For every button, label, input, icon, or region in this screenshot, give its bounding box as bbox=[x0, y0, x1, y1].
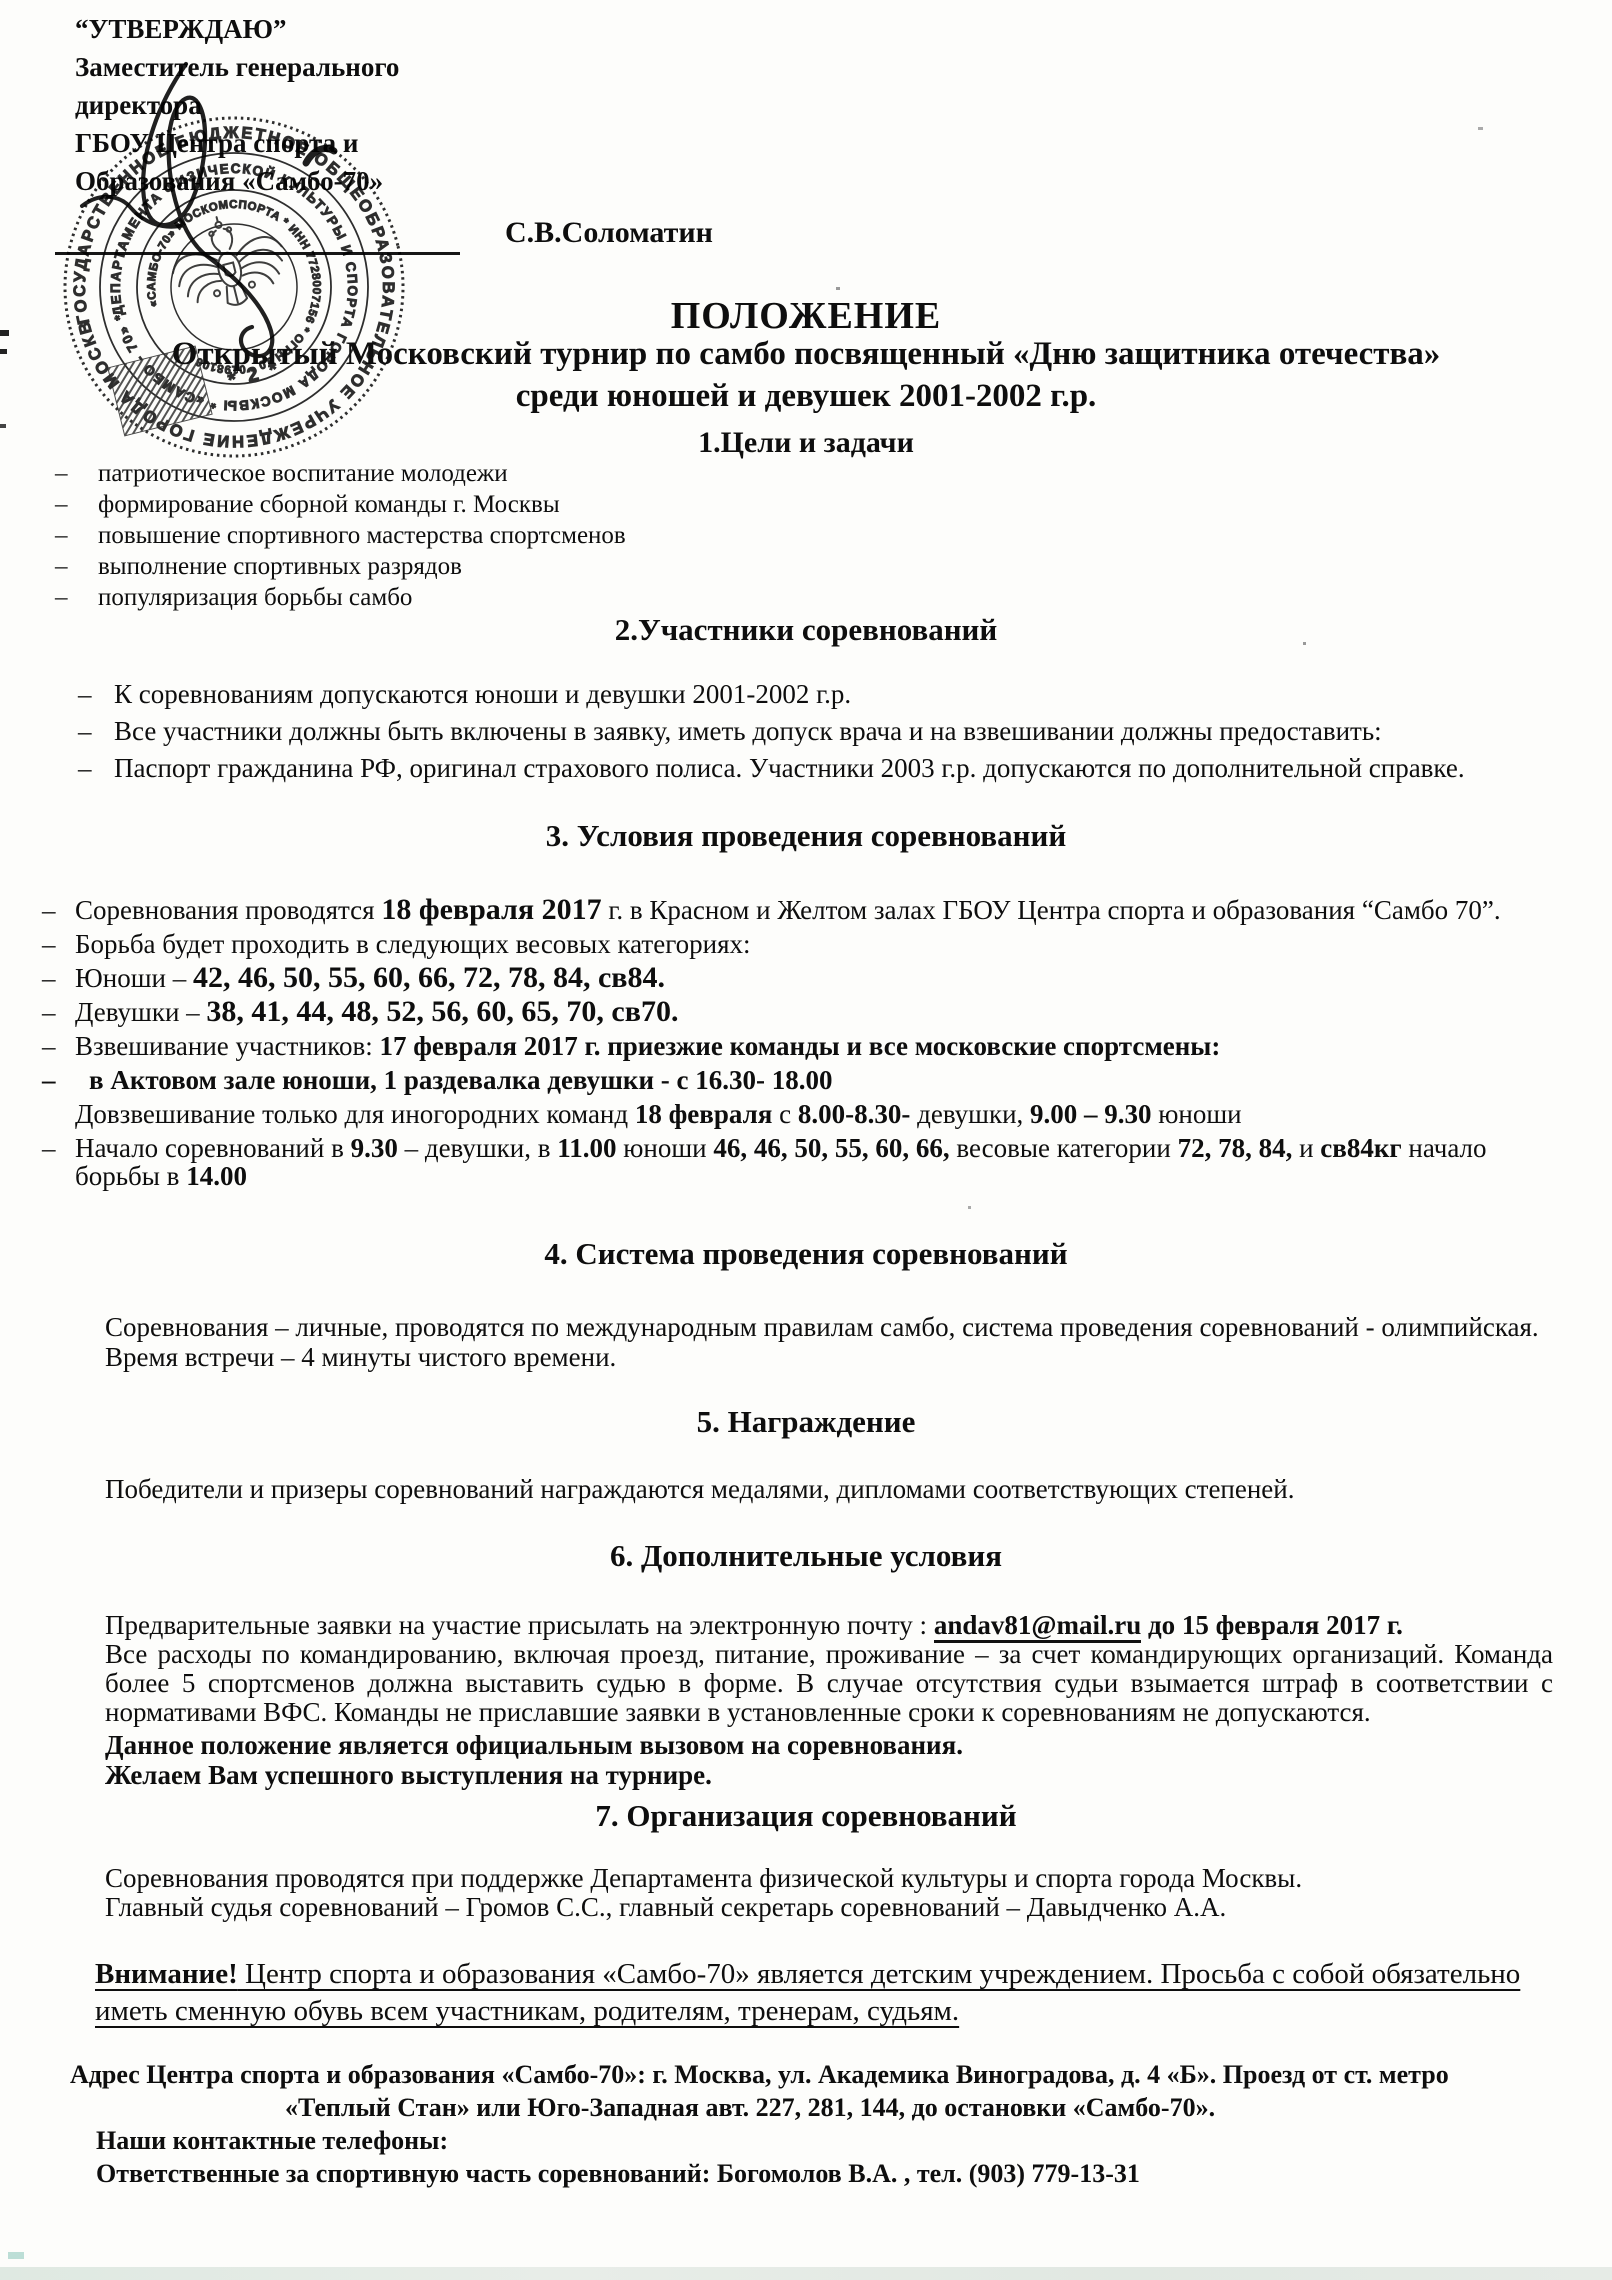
text-run: Паспорт гражданина РФ, оригинал страхово… bbox=[114, 753, 1465, 783]
text-run: Предварительные заявки на участие присыл… bbox=[105, 1610, 934, 1640]
scan-speck bbox=[8, 2252, 24, 2259]
text-run: 9.30 bbox=[351, 1133, 398, 1163]
goals-list: патриотическое воспитание молодежи форми… bbox=[55, 458, 1505, 613]
text-run: 72, 78, 84, bbox=[1178, 1133, 1293, 1163]
text-run: Соревнования проводятся при поддержке Де… bbox=[105, 1864, 1550, 1893]
text-run: девушки, bbox=[910, 1099, 1030, 1129]
participants-list: К соревнованиям допускаются юноши и деву… bbox=[78, 681, 1553, 792]
wish-line: Желаем Вам успешного выступления на турн… bbox=[105, 1760, 1553, 1790]
condition-item-weigh-in: Взвешивание участников: 17 февраля 2017 … bbox=[42, 1032, 1552, 1060]
text-run: в Актовом зале юноши, 1 раздевалка девуш… bbox=[89, 1065, 832, 1095]
condition-item-start-times: Начало соревнований в 9.30 – девушки, в … bbox=[42, 1134, 1552, 1190]
text-run: юноши bbox=[617, 1133, 714, 1163]
address-line2: «Теплый Стан» или Юго-Западная авт. 227,… bbox=[285, 2091, 1530, 2124]
signer-name: С.В.Соломатин bbox=[505, 216, 713, 250]
phones-label: Наши контактные телефоны: bbox=[96, 2124, 1530, 2157]
participant-item: Паспорт гражданина РФ, оригинал страхово… bbox=[78, 755, 1553, 782]
text-run: Довзвешивание только для иногородних ком… bbox=[75, 1099, 635, 1129]
contact-person-line: Ответственные за спортивную часть соревн… bbox=[96, 2157, 1530, 2190]
text-run: 46, 46, 50, 55, 60, 66, bbox=[713, 1133, 949, 1163]
system-paragraph: Соревнования – личные, проводятся по меж… bbox=[105, 1312, 1550, 1372]
weight-categories-girls: 38, 41, 44, 48, 52, 56, 60, 65, 70, св70… bbox=[206, 995, 678, 1028]
goal-item: повышение спортивного мастерства спортсм… bbox=[55, 520, 1505, 551]
section-heading-system: 4. Система проведения соревнований bbox=[0, 1236, 1612, 1272]
doc-subtitle-line2: среди юношей и девушек 2001-2002 г.р. bbox=[0, 378, 1612, 415]
text-run: 11.00 bbox=[557, 1133, 616, 1163]
awards-paragraph: Победители и призеры соревнований награж… bbox=[105, 1474, 1550, 1504]
text-run: Борьба будет проходить в следующих весов… bbox=[75, 929, 751, 959]
scan-speck bbox=[1303, 642, 1306, 645]
text-run: 9.00 – 9.30 bbox=[1030, 1099, 1152, 1129]
text-run: 8.00-8.30- bbox=[798, 1099, 910, 1129]
scan-speck bbox=[0, 330, 9, 336]
goal-item: выполнение спортивных разрядов bbox=[55, 551, 1505, 582]
text-run: 17 февраля 2017 г. приезжие команды и вс… bbox=[380, 1031, 1221, 1061]
condition-item: Соревнования проводятся 18 февраля 2017 … bbox=[42, 896, 1552, 924]
text-run: Главный судья соревнований – Громов С.С.… bbox=[105, 1893, 1550, 1922]
scan-speck bbox=[836, 287, 840, 290]
text-run: Взвешивание участников: bbox=[75, 1031, 380, 1061]
text-run: Центр спорта и образования «Самбо-70» яв… bbox=[95, 1958, 1520, 2027]
condition-item: Борьба будет проходить в следующих весов… bbox=[42, 930, 1552, 958]
text-run: формирование сборной команды г. Москвы bbox=[98, 491, 560, 518]
text-run: выполнение спортивных разрядов bbox=[98, 553, 462, 580]
condition-item-girls-weights: Девушки – 38, 41, 44, 48, 52, 56, 60, 65… bbox=[42, 998, 1552, 1026]
scan-speck bbox=[0, 424, 6, 428]
text-run: патриотическое воспитание молодежи bbox=[98, 460, 508, 487]
text-run: 18 февраля bbox=[635, 1099, 773, 1129]
applications-line: Предварительные заявки на участие присыл… bbox=[105, 1610, 1553, 1640]
section-heading-conditions: 3. Условия проведения соревнований bbox=[0, 818, 1612, 854]
section-heading-goals: 1.Цели и задачи bbox=[0, 426, 1612, 460]
text-run: популяризация борьбы самбо bbox=[98, 584, 412, 611]
doc-title: ПОЛОЖЕНИЕ bbox=[0, 294, 1612, 338]
section-heading-additional: 6. Дополнительные условия bbox=[0, 1538, 1612, 1574]
goal-item: популяризация борьбы самбо bbox=[55, 582, 1505, 613]
additional-conditions-block: Предварительные заявки на участие присыл… bbox=[105, 1610, 1553, 1790]
organization-paragraph: Соревнования проводятся при поддержке Де… bbox=[105, 1864, 1550, 1922]
scanned-document-page: “УТВЕРЖДАЮ” Заместитель генерального дир… bbox=[0, 0, 1612, 2280]
text-run: Все участники должны быть включены в зая… bbox=[114, 716, 1382, 746]
footer-contacts: Адрес Центра спорта и образования «Самбо… bbox=[70, 2058, 1530, 2190]
scan-speck bbox=[1478, 127, 1483, 130]
deadline-text: до 15 февраля 2017 г. bbox=[1141, 1610, 1403, 1640]
condition-item-boys-weights: Юноши – 42, 46, 50, 55, 60, 66, 72, 78, … bbox=[42, 964, 1552, 992]
attention-label: Внимание! bbox=[95, 1958, 238, 1990]
text-run: юноши bbox=[1152, 1099, 1242, 1129]
goal-item: формирование сборной команды г. Москвы bbox=[55, 489, 1505, 520]
text-run: Соревнования – личные, проводятся по меж… bbox=[105, 1312, 1550, 1342]
weight-categories-boys: 42, 46, 50, 55, 60, 66, 72, 78, 84, св84… bbox=[193, 961, 665, 994]
text-run: Юноши – bbox=[75, 963, 193, 993]
text-run: с bbox=[772, 1099, 797, 1129]
condition-item-extra-weigh-in: Довзвешивание только для иногородних ком… bbox=[42, 1100, 1552, 1128]
participant-item: Все участники должны быть включены в зая… bbox=[78, 718, 1553, 745]
text-run: св84кг bbox=[1320, 1133, 1401, 1163]
doc-subtitle-line1: Открытый Московский турнир по самбо посв… bbox=[0, 336, 1612, 373]
text-run: Начало соревнований в bbox=[75, 1133, 351, 1163]
address-line1: Адрес Центра спорта и образования «Самбо… bbox=[70, 2058, 1530, 2091]
scan-speck bbox=[0, 349, 7, 354]
text-run: К соревнованиям допускаются юноши и деву… bbox=[114, 679, 851, 709]
text-run: Девушки – bbox=[75, 997, 206, 1027]
expenses-paragraph: Все расходы по командированию, включая п… bbox=[105, 1640, 1553, 1727]
scan-edge-band bbox=[0, 2267, 1612, 2280]
text-run: весовые категории bbox=[950, 1133, 1178, 1163]
text-run: повышение спортивного мастерства спортсм… bbox=[98, 522, 626, 549]
text-run: – девушки, в bbox=[398, 1133, 557, 1163]
text-run: Соревнования проводятся bbox=[75, 895, 381, 925]
text-run: 14.00 bbox=[186, 1161, 247, 1191]
section-heading-participants: 2.Участники соревнований bbox=[0, 612, 1612, 648]
section-heading-awards: 5. Награждение bbox=[0, 1404, 1612, 1440]
date-highlight: 18 февраля 2017 bbox=[381, 893, 601, 926]
attention-notice: Внимание! Центр спорта и образования «Са… bbox=[95, 1956, 1525, 2030]
participant-item: К соревнованиям допускаются юноши и деву… bbox=[78, 681, 1553, 708]
text-run: Время встречи – 4 минуты чистого времени… bbox=[105, 1342, 1550, 1372]
section-heading-organization: 7. Организация соревнований bbox=[0, 1798, 1612, 1834]
text-run: г. в Красном и Желтом залах ГБОУ Центра … bbox=[602, 895, 1501, 925]
text-run: и bbox=[1292, 1133, 1320, 1163]
goal-item: патриотическое воспитание молодежи bbox=[55, 458, 1505, 489]
scan-speck bbox=[968, 1206, 971, 1209]
official-call-line: Данное положение является официальным вы… bbox=[105, 1730, 1553, 1760]
condition-item-hall: в Актовом зале юноши, 1 раздевалка девуш… bbox=[42, 1066, 1552, 1094]
conditions-list: Соревнования проводятся 18 февраля 2017 … bbox=[42, 896, 1552, 1196]
